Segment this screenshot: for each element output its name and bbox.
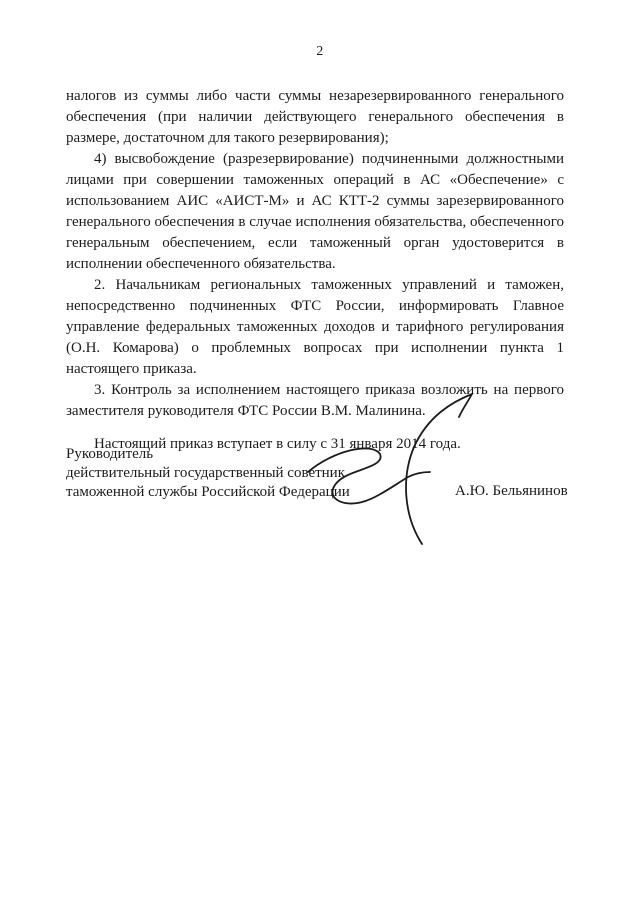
signer-name: А.Ю. Бельянинов bbox=[455, 482, 568, 501]
handwritten-signature-icon bbox=[300, 392, 485, 547]
page-number: 2 bbox=[0, 44, 640, 60]
document-page: 2 налогов из суммы либо части суммы неза… bbox=[0, 0, 640, 905]
paragraph-item-4: 4) высвобождение (разрезервирование) под… bbox=[66, 149, 564, 275]
paragraph-item-2: 2. Начальникам региональных таможенных у… bbox=[66, 275, 564, 380]
paragraph-continuation: налогов из суммы либо части суммы незаре… bbox=[66, 86, 564, 149]
